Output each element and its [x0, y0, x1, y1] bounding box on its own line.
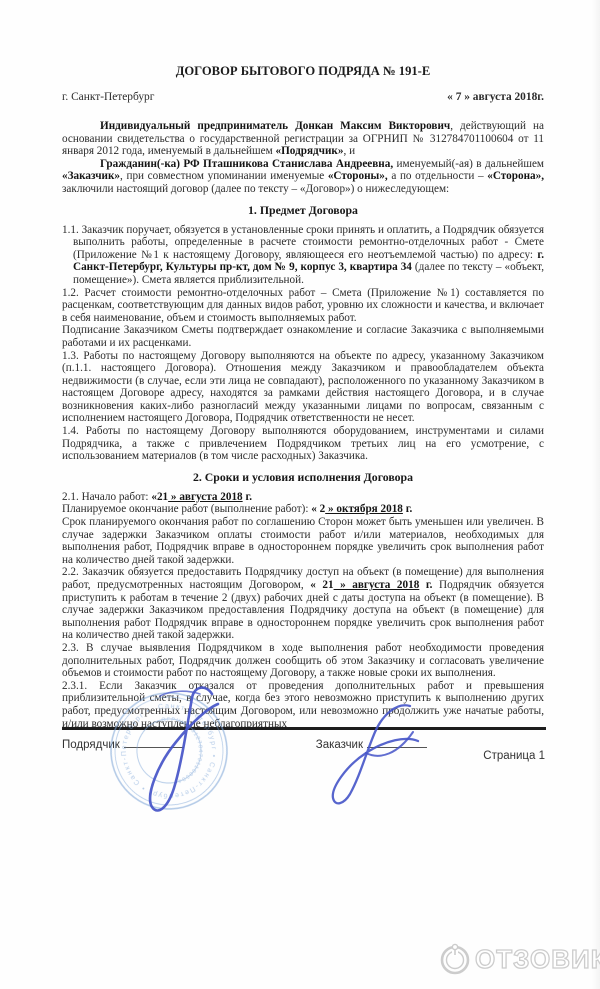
section-heading-2: 2. Сроки и условия исполнения Договора — [62, 470, 544, 485]
paragraph-1-1: 1.1. Заказчик поручает, обязуется в уста… — [62, 224, 544, 287]
scan-edge-shading — [592, 0, 600, 989]
paragraph-1-2: 1.2. Расчет стоимости ремонтно-отделочны… — [62, 287, 544, 325]
paragraph-2-2: 2.2. Заказчик обязуется предоставить Под… — [62, 566, 544, 642]
watermark-brand: ОТЗОВИК — [475, 946, 600, 972]
paragraph-1-4: 1.4. Работы по настоящему Договору выпол… — [62, 425, 544, 463]
paragraph-contractor-party: Индивидуальный предприниматель Донкан Ма… — [62, 120, 544, 158]
paragraph-2-1-terms: Срок планируемого окончания работ по сог… — [62, 516, 544, 566]
power-icon — [438, 942, 472, 976]
page-number: Страница 1 — [483, 750, 545, 762]
contractor-signature — [120, 680, 250, 825]
document-page: ДОГОВОР БЫТОВОГО ПОДРЯДА № 191-Е г. Санк… — [0, 0, 600, 989]
section-heading-1: 1. Предмет Договора — [62, 203, 544, 218]
paragraph-2-3: 2.3. В случае выявления Подрядчиком в хо… — [62, 642, 544, 680]
watermark: ОТЗОВИК — [438, 942, 600, 976]
paragraph-customer-party: Гражданин(-ка) РФ Пташникова Станислава … — [62, 158, 544, 196]
customer-signature — [320, 696, 440, 816]
city-date-row: г. Санкт-Петербург « 7 » августа 2018г. — [62, 91, 544, 103]
contract-date: « 7 » августа 2018г. — [447, 91, 544, 103]
paragraph-1-3: 1.3. Работы по настоящему Договору выпол… — [62, 350, 544, 426]
contract-city: г. Санкт-Петербург — [62, 91, 154, 103]
paragraph-2-1-start: 2.1. Начало работ: «21 » августа 2018 г. — [62, 491, 544, 504]
contract-body: ДОГОВОР БЫТОВОГО ПОДРЯДА № 191-Е г. Санк… — [62, 64, 544, 730]
paragraph-2-1-end: Планируемое окончание работ (выполнение … — [62, 503, 544, 516]
paragraph-1-2-note: Подписание Заказчиком Сметы подтверждает… — [62, 324, 544, 349]
contract-title: ДОГОВОР БЫТОВОГО ПОДРЯДА № 191-Е — [62, 64, 544, 79]
